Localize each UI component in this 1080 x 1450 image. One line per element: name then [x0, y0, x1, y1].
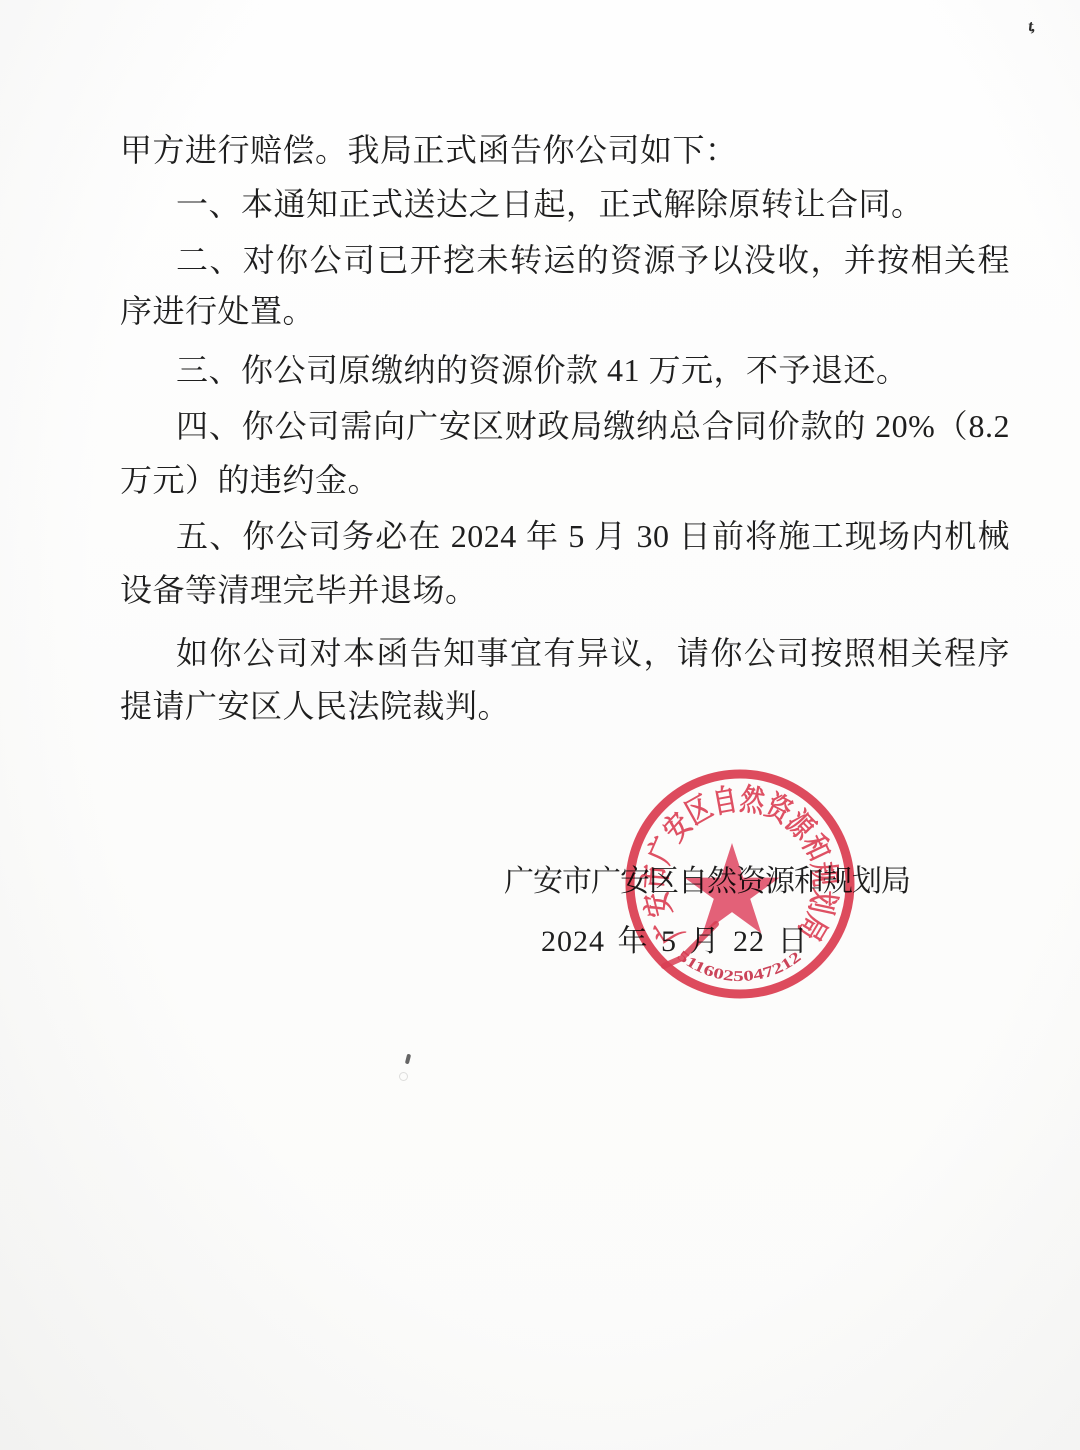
body-line-item-4: 四、你公司需向广安区财政局缴纳总合同价款的 20%（8.2: [120, 408, 1010, 444]
body-line-item-2: 二、对你公司已开挖未转运的资源予以没收，并按相关程: [120, 242, 1010, 278]
letter-body: 甲方进行赔偿。我局正式函告你公司如下： 一、本通知正式送达之日起，正式解除原转让…: [0, 0, 1080, 1450]
issue-date: 2024 年 5 月 22 日: [541, 916, 809, 960]
body-line-item-5: 五、你公司务必在 2024 年 5 月 30 日前将施工现场内机械: [120, 518, 1010, 554]
body-line-closing: 如你公司对本函告知事宜有异议，请你公司按照相关程序: [120, 635, 1010, 671]
body-line: 甲方进行赔偿。我局正式函告你公司如下：: [120, 132, 1010, 168]
body-line-closing-cont: 提请广安区人民法院裁判。: [120, 688, 1010, 724]
body-line-item-3: 三、你公司原缴纳的资源价款 41 万元，不予退还。: [120, 352, 1010, 388]
body-line-item-5-cont: 设备等清理完毕并退场。: [120, 572, 1010, 608]
body-line-item-4-cont: 万元）的违约金。: [120, 462, 1010, 498]
body-line-item-2-cont: 序进行处置。: [120, 293, 1010, 329]
body-line-item-1: 一、本通知正式送达之日起，正式解除原转让合同。: [120, 186, 1010, 222]
document-page: t, 广安市广安区自然资源和规划局 5116025047212 甲方进行赔偿。我…: [0, 0, 1080, 1450]
issuing-authority: 广安市广安区自然资源和规划局: [504, 856, 910, 900]
